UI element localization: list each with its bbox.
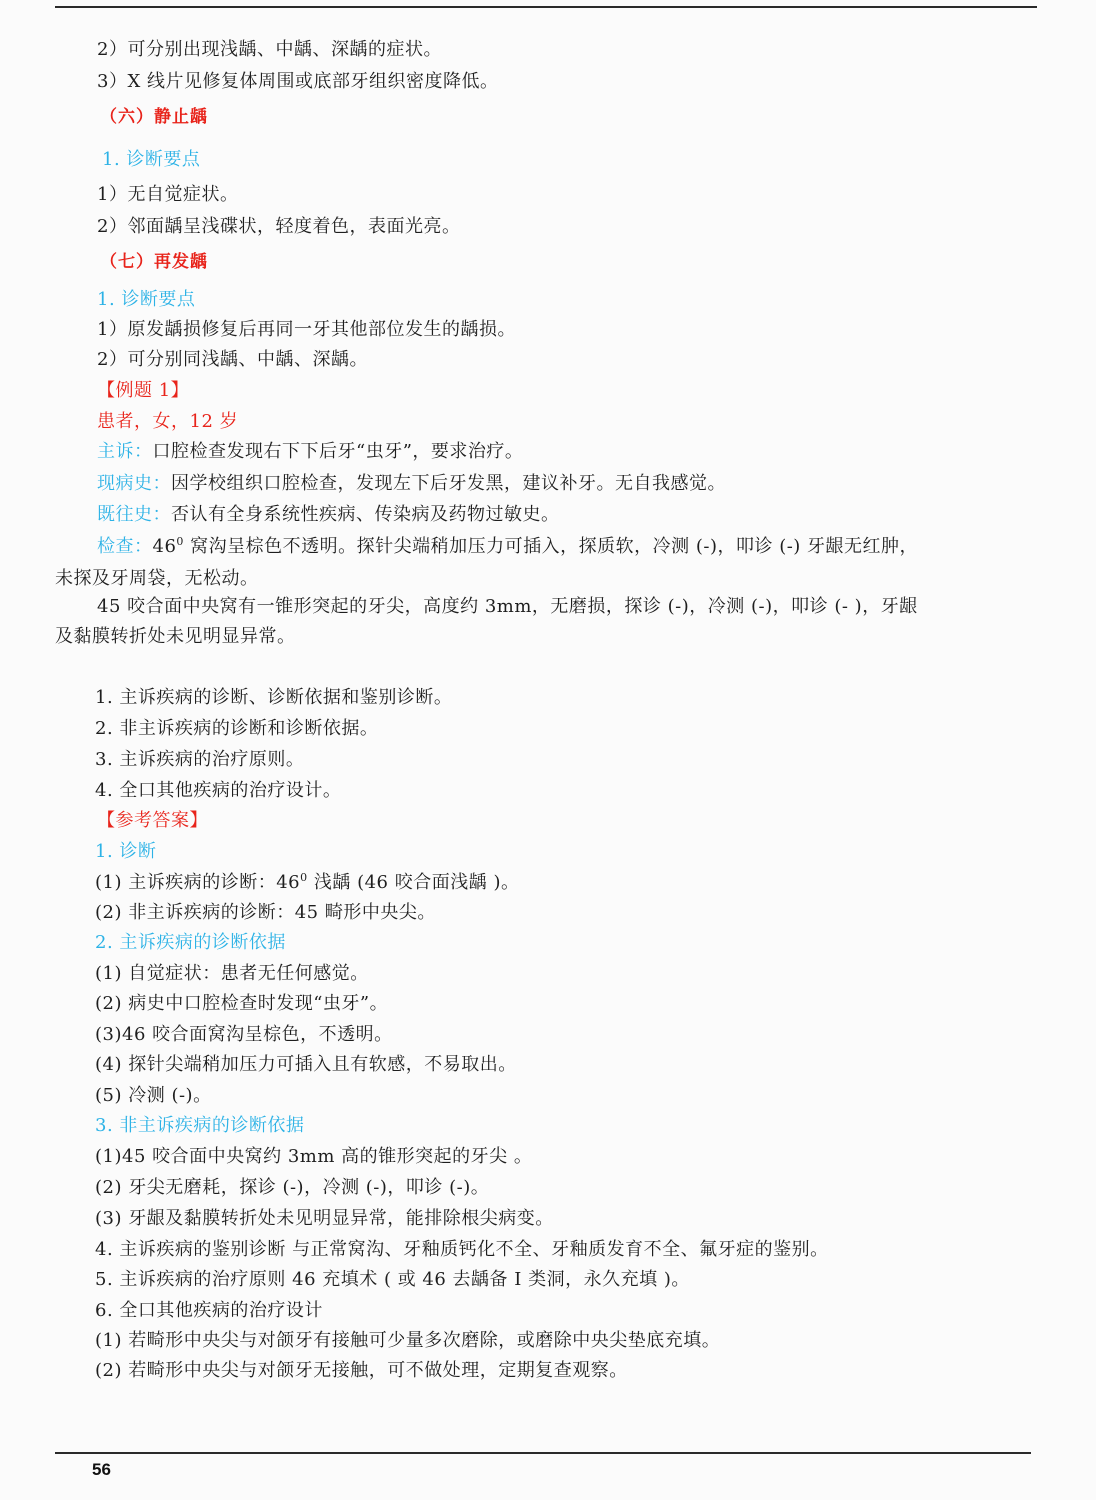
superscript: 0 [300, 871, 308, 884]
text-line: 1）无自觉症状。 [97, 183, 238, 207]
page-number: 56 [92, 1460, 111, 1480]
answer-item: (3)46 咬合面窝沟呈棕色，不透明。 [95, 1023, 393, 1047]
question-item: 1. 主诉疾病的诊断、诊断依据和鉴别诊断。 [95, 686, 452, 710]
examination-continued: 未探及牙周袋，无松动。 [55, 567, 259, 591]
answer-item: (2) 非主诉疾病的诊断：45 畸形中央尖。 [95, 901, 436, 925]
examination-45-continued: 及黏膜转折处未见明显异常。 [55, 625, 296, 649]
answer-item: 6. 全口其他疾病的治疗设计 [95, 1299, 323, 1323]
chief-complaint-label: 主诉： [97, 441, 153, 462]
text-line: 2）可分别出现浅龋、中龋、深龋的症状。 [97, 38, 442, 62]
text-line: 1）原发龋损修复后再同一牙其他部位发生的龋损。 [97, 318, 516, 342]
past-history-label: 既往史： [97, 504, 171, 525]
answer-item: (1) 自觉症状：患者无任何感觉。 [95, 962, 369, 986]
question-item: 2. 非主诉疾病的诊断和诊断依据。 [95, 717, 378, 741]
examination: 检查：460 窝沟呈棕色不透明。探针尖端稍加压力可插入，探质软，冷测 (-)，叩… [97, 535, 918, 559]
examination-45: 45 咬合面中央窝有一锥形突起的牙尖，高度约 3mm，无磨损，探诊 (-)，冷测… [97, 595, 918, 619]
example-title: 【例题 1】 [97, 379, 189, 403]
answer-section-non-chief-basis: 3. 非主诉疾病的诊断依据 [95, 1114, 304, 1138]
answer-item: (3) 牙龈及黏膜转折处未见明显异常，能排除根尖病变。 [95, 1207, 554, 1231]
text-line: 3）X 线片见修复体周围或底部牙组织密度降低。 [97, 70, 499, 94]
answer-item: 4. 主诉疾病的鉴别诊断 与正常窝沟、牙釉质钙化不全、牙釉质发育不全、氟牙症的鉴… [95, 1238, 829, 1262]
answer-item: (1)45 咬合面中央窝约 3mm 高的锥形突起的牙尖 。 [95, 1145, 532, 1169]
chief-complaint-text: 口腔检查发现右下下后牙“虫牙”，要求治疗。 [153, 441, 524, 462]
past-history: 既往史：否认有全身系统性疾病、传染病及药物过敏史。 [97, 503, 560, 527]
examination-text: 窝沟呈棕色不透明。探针尖端稍加压力可插入，探质软，冷测 (-)，叩诊 (-) 牙… [184, 536, 918, 557]
past-history-text: 否认有全身系统性疾病、传染病及药物过敏史。 [171, 504, 560, 525]
answer-item: (5) 冷测 (-)。 [95, 1084, 212, 1108]
answer-text: (1) 主诉疾病的诊断：46 [95, 872, 300, 893]
section-heading-static-caries: （六）静止龋 [100, 105, 208, 129]
answer-item: (2) 病史中口腔检查时发现“虫牙”。 [95, 992, 388, 1016]
text-line: 2）可分别同浅龋、中龋、深龋。 [97, 348, 368, 372]
section-heading-recurrent-caries: （七）再发龋 [100, 250, 208, 274]
answer-item: (2) 若畸形中央尖与对颌牙无接触，可不做处理，定期复查观察。 [95, 1359, 628, 1383]
answer-text: 浅龋 (46 咬合面浅龋 )。 [308, 872, 520, 893]
footer-rule [55, 1452, 1031, 1454]
text-line: 2）邻面龋呈浅碟状，轻度着色，表面光亮。 [97, 215, 460, 239]
answer-item: (1) 主诉疾病的诊断：460 浅龋 (46 咬合面浅龋 )。 [95, 871, 519, 895]
chief-complaint: 主诉：口腔检查发现右下下后牙“虫牙”，要求治疗。 [97, 440, 523, 464]
answer-item: (4) 探针尖端稍加压力可插入且有软感，不易取出。 [95, 1053, 517, 1077]
subheading-diagnosis-points: 1. 诊断要点 [97, 288, 195, 312]
present-history: 现病史：因学校组织口腔检查，发现左下后牙发黑，建议补牙。无自我感觉。 [97, 472, 726, 496]
answer-section-chief-basis: 2. 主诉疾病的诊断依据 [95, 931, 286, 955]
examination-label: 检查： [97, 536, 153, 557]
tooth-number: 46 [153, 536, 177, 557]
present-history-label: 现病史： [97, 473, 171, 494]
question-item: 3. 主诉疾病的治疗原则。 [95, 748, 304, 772]
header-rule [55, 6, 1037, 8]
answer-item: (2) 牙尖无磨耗，探诊 (-)，冷测 (-)，叩诊 (-)。 [95, 1176, 489, 1200]
answer-item: (1) 若畸形中央尖与对颌牙有接触可少量多次磨除，或磨除中央尖垫底充填。 [95, 1329, 720, 1353]
answer-title: 【参考答案】 [97, 809, 208, 833]
present-history-text: 因学校组织口腔检查，发现左下后牙发黑，建议补牙。无自我感觉。 [171, 473, 726, 494]
superscript: 0 [176, 535, 184, 548]
patient-info: 患者，女，12 岁 [97, 410, 238, 434]
answer-section-diagnosis: 1. 诊断 [95, 840, 156, 864]
subheading-diagnosis-points: 1. 诊断要点 [102, 148, 200, 172]
question-item: 4. 全口其他疾病的治疗设计。 [95, 779, 341, 803]
answer-item: 5. 主诉疾病的治疗原则 46 充填术 ( 或 46 去龋备 I 类洞，永久充填… [95, 1268, 690, 1292]
